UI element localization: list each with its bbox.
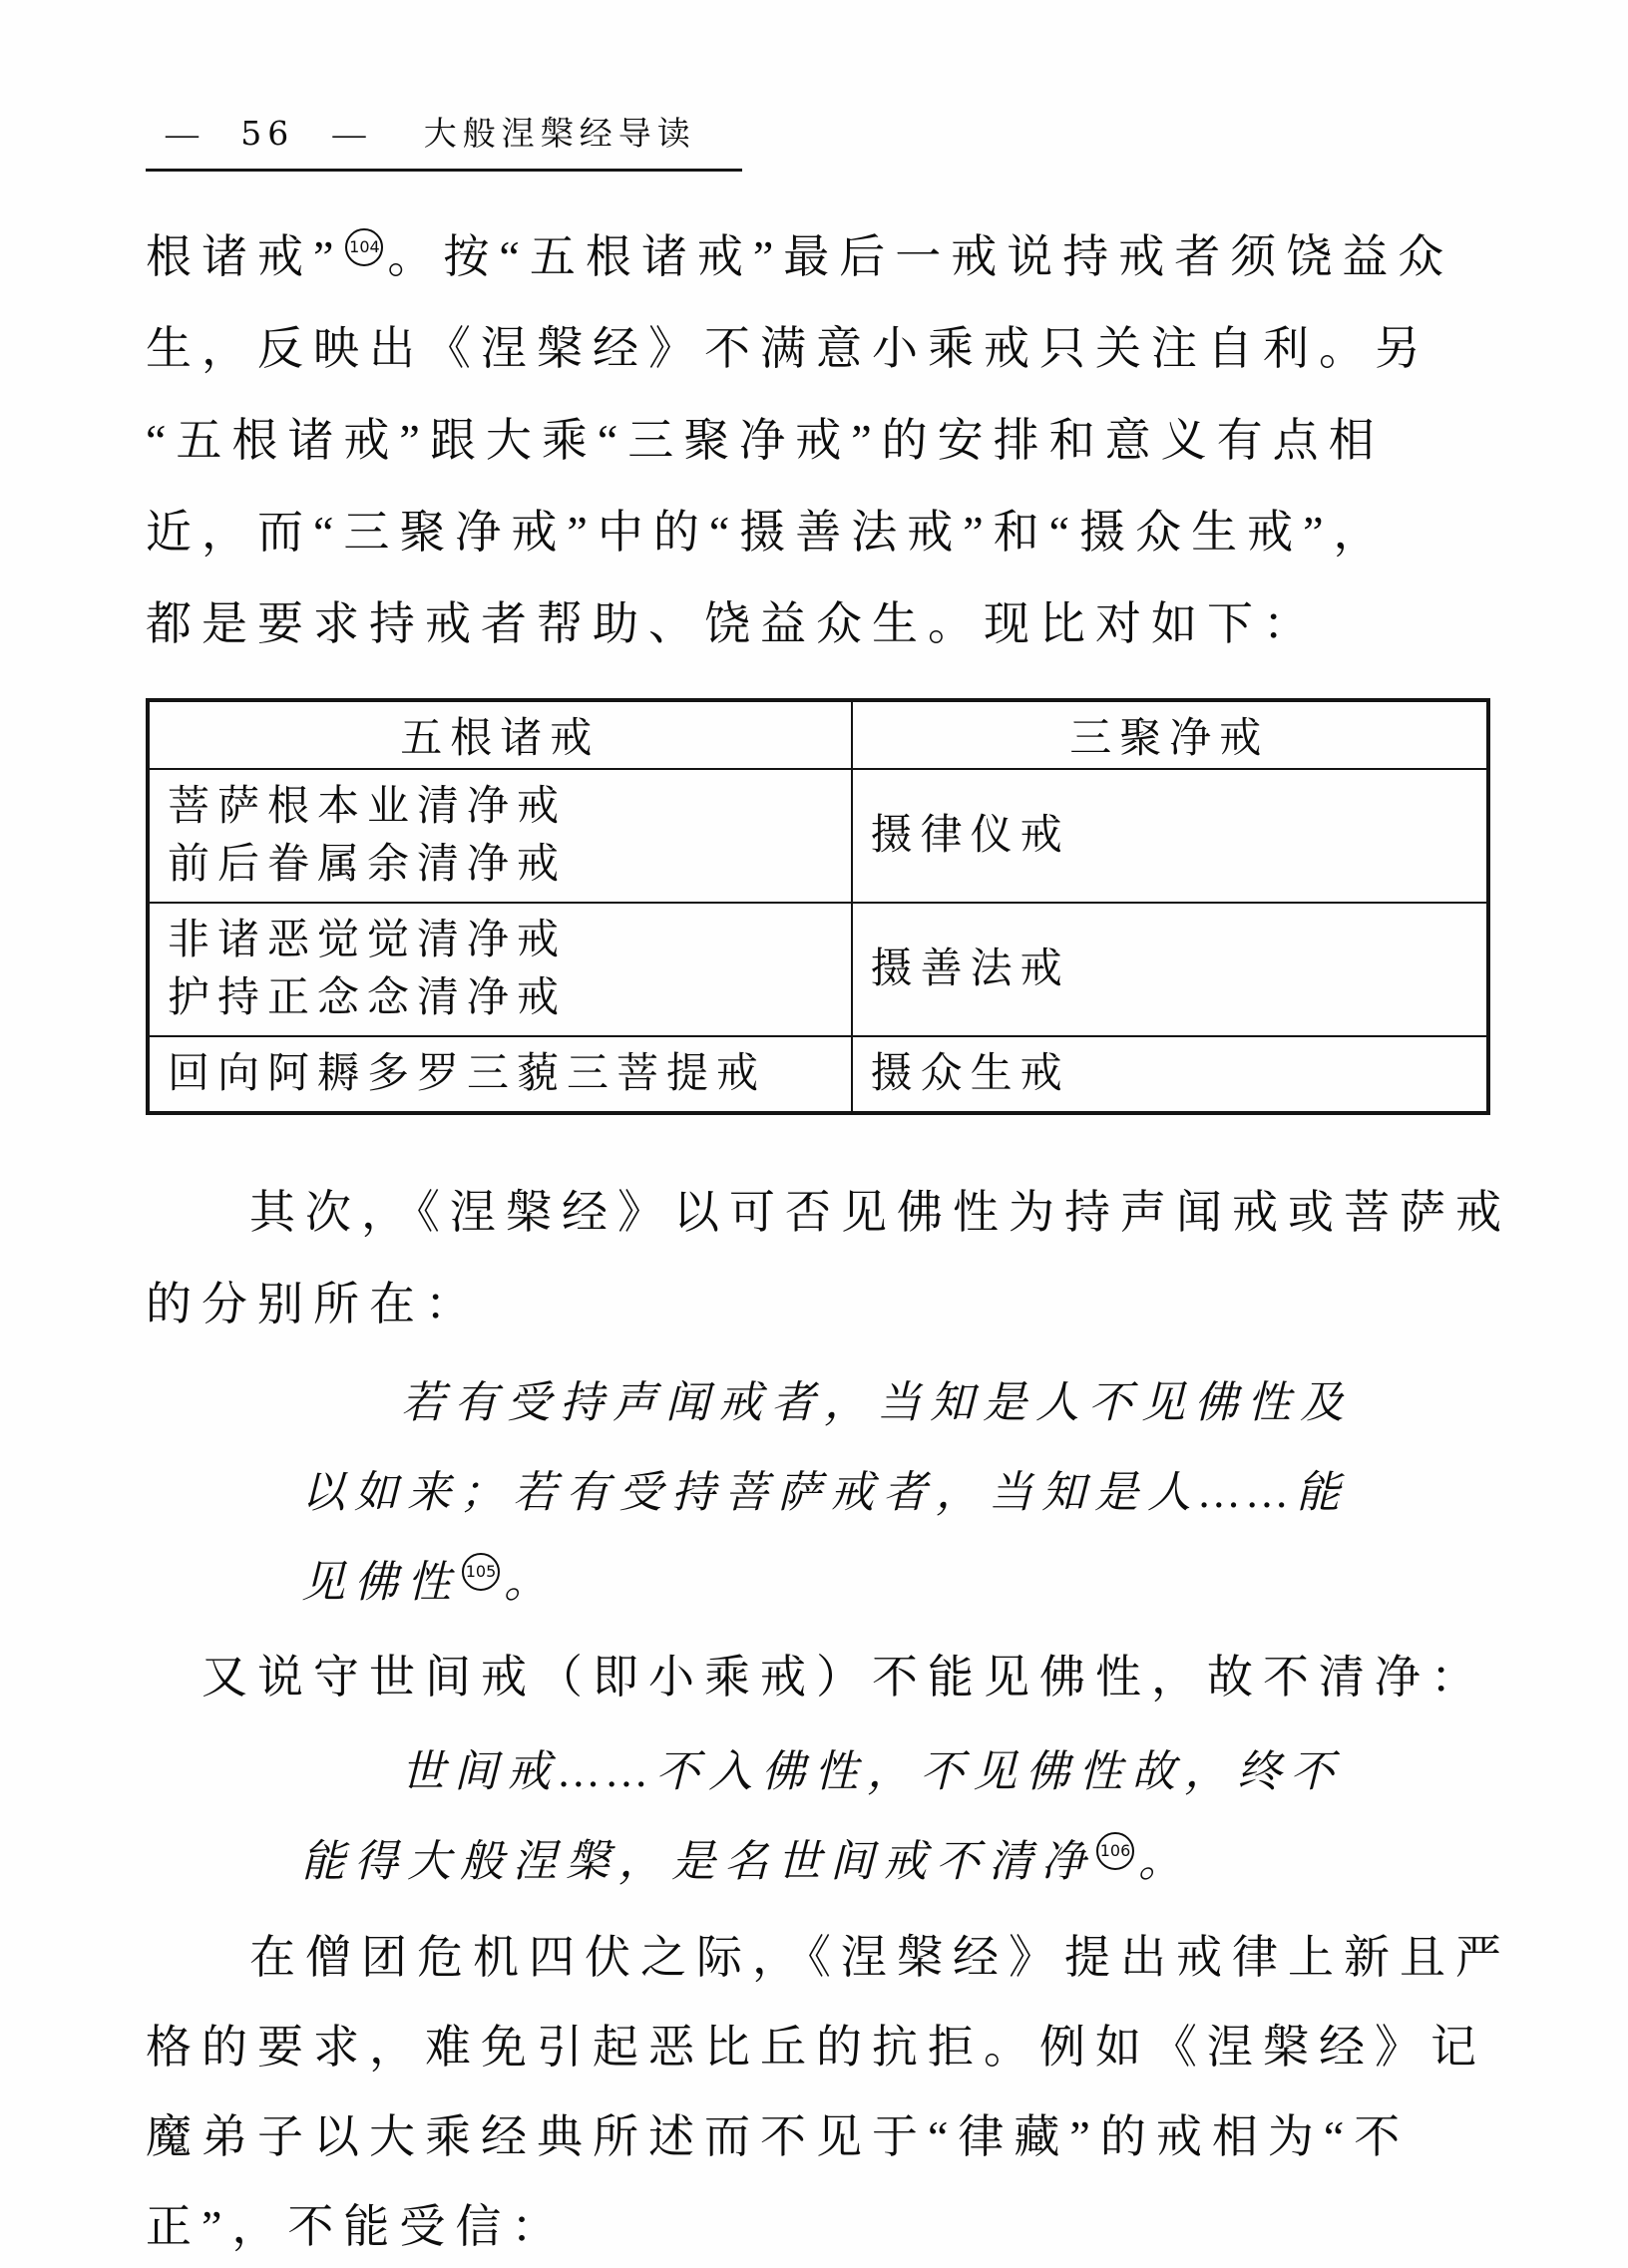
paragraph-1-line-2: 生，反映出《涅槃经》不满意小乘戒只关注自利。另: [146, 303, 1490, 395]
quotation-2-line-2: 能得大般涅槃，是名世间戒不清净106。: [301, 1817, 1490, 1907]
text-run: 根诸戒”: [146, 231, 343, 282]
paragraph-4-line-1: 在僧团危机四伏之际，《涅槃经》提出戒律上新且严: [146, 1913, 1490, 2003]
text-run: 。: [1138, 1837, 1191, 1886]
paragraph-4: 在僧团危机四伏之际，《涅槃经》提出戒律上新且严 格的要求，难免引起恶比丘的抗拒。…: [146, 1913, 1490, 2268]
book-page: — 56 — 大般涅槃经导读 根诸戒”104。按“五根诸戒”最后一戒说持戒者须饶…: [0, 0, 1628, 2268]
page-number: 56: [240, 114, 294, 153]
cell-line: 菩萨根本业清净戒: [168, 778, 843, 836]
text-run: 见佛性: [301, 1558, 460, 1607]
table-cell-right: 摄善法戒: [852, 903, 1488, 1036]
quotation-2: 世间戒……不入佛性，不见佛性故，终不 能得大般涅槃，是名世间戒不清净106。: [301, 1727, 1490, 1907]
cell-line: 非诸恶觉觉清净戒: [168, 912, 843, 969]
table-cell-left: 非诸恶觉觉清净戒 护持正念念清净戒: [148, 903, 852, 1036]
quotation-2-line-1: 世间戒……不入佛性，不见佛性故，终不: [301, 1727, 1490, 1817]
table-header-row: 五根诸戒 三聚净戒: [148, 700, 1488, 769]
table-header-three-pure-precepts: 三聚净戒: [852, 700, 1488, 769]
paragraph-3: 又说守世间戒（即小乘戒）不能见佛性，故不清净：: [146, 1632, 1490, 1723]
header-dash-left: —: [166, 117, 203, 153]
paragraph-4-line-3: 魔弟子以大乘经典所述而不见于“律藏”的戒相为“不: [146, 2092, 1490, 2182]
table-row: 回向阿耨多罗三藐三菩提戒 摄众生戒: [148, 1036, 1488, 1113]
footnote-marker-104: 104: [345, 228, 383, 266]
footnote-marker-106: 106: [1096, 1832, 1134, 1870]
paragraph-2: 其次，《涅槃经》以可否见佛性为持声闻戒或菩萨戒 的分别所在：: [146, 1167, 1490, 1350]
paragraph-3-line-1: 又说守世间戒（即小乘戒）不能见佛性，故不清净：: [146, 1632, 1490, 1723]
cell-line: 回向阿耨多罗三藐三菩提戒: [168, 1045, 843, 1103]
text-run: 。: [504, 1558, 557, 1607]
paragraph-1-line-3: “五根诸戒”跟大乘“三聚净戒”的安排和意义有点相: [146, 395, 1490, 487]
paragraph-1-line-5: 都是要求持戒者帮助、饶益众生。现比对如下：: [146, 578, 1490, 670]
cell-line: 前后眷属余清净戒: [168, 836, 843, 894]
table-row: 非诸恶觉觉清净戒 护持正念念清净戒 摄善法戒: [148, 903, 1488, 1036]
precepts-comparison-table: 五根诸戒 三聚净戒 菩萨根本业清净戒 前后眷属余清净戒 摄律仪戒 非诸恶觉觉清净…: [146, 698, 1490, 1115]
table-row: 菩萨根本业清净戒 前后眷属余清净戒 摄律仪戒: [148, 769, 1488, 903]
paragraph-2-line-2: 的分别所在：: [146, 1259, 1490, 1350]
paragraph-2-line-1: 其次，《涅槃经》以可否见佛性为持声闻戒或菩萨戒: [146, 1167, 1490, 1259]
quotation-1: 若有受持声闻戒者，当知是人不见佛性及 以如来；若有受持菩萨戒者，当知是人……能 …: [301, 1358, 1490, 1628]
footnote-marker-105: 105: [462, 1553, 500, 1591]
table-cell-left: 菩萨根本业清净戒 前后眷属余清净戒: [148, 769, 852, 903]
quotation-1-line-3: 见佛性105。: [301, 1538, 1490, 1628]
running-header: — 56 — 大般涅槃经导读: [146, 108, 742, 172]
paragraph-1-line-4: 近，而“三聚净戒”中的“摄善法戒”和“摄众生戒”，: [146, 487, 1490, 578]
paragraph-4-line-4: 正”，不能受信：: [146, 2182, 1490, 2268]
text-run: 能得大般涅槃，是名世间戒不清净: [301, 1837, 1094, 1886]
table-cell-right: 摄律仪戒: [852, 769, 1488, 903]
paragraph-4-line-2: 格的要求，难免引起恶比丘的抗拒。例如《涅槃经》记: [146, 2003, 1490, 2092]
quotation-1-line-1: 若有受持声闻戒者，当知是人不见佛性及: [301, 1358, 1490, 1448]
cell-line: 护持正念念清净戒: [168, 969, 843, 1027]
text-run: 。按“五根诸戒”最后一戒说持戒者须饶益众: [387, 231, 1453, 282]
book-title: 大般涅槃经导读: [424, 117, 696, 153]
table-cell-left: 回向阿耨多罗三藐三菩提戒: [148, 1036, 852, 1113]
header-dash-right: —: [333, 117, 370, 153]
paragraph-1: 根诸戒”104。按“五根诸戒”最后一戒说持戒者须饶益众 生，反映出《涅槃经》不满…: [146, 211, 1490, 670]
table-cell-right: 摄众生戒: [852, 1036, 1488, 1113]
paragraph-1-line-1: 根诸戒”104。按“五根诸戒”最后一戒说持戒者须饶益众: [146, 211, 1490, 303]
table-header-five-root-precepts: 五根诸戒: [148, 700, 852, 769]
quotation-1-line-2: 以如来；若有受持菩萨戒者，当知是人……能: [301, 1448, 1490, 1538]
